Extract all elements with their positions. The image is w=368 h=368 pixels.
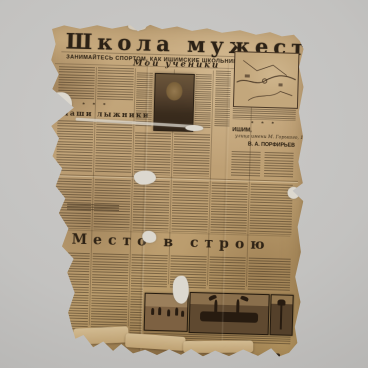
skier-figure — [167, 309, 170, 316]
body-text-block — [92, 253, 129, 286]
skier-figure — [158, 307, 161, 315]
address-city: ИШИМ, — [232, 127, 252, 134]
skier-figure — [181, 311, 184, 317]
body-text-block — [248, 258, 291, 291]
crumpled-flap — [125, 333, 186, 351]
map-illustration — [233, 51, 300, 109]
skier-figure — [151, 308, 154, 315]
body-text-block — [134, 132, 171, 175]
torn-hole — [46, 92, 73, 113]
crumpled-flap — [73, 326, 129, 344]
torn-edge-flap — [128, 22, 146, 30]
photo-gymnasts-group — [189, 292, 270, 335]
body-text-block — [56, 120, 93, 173]
body-text-block — [97, 67, 134, 102]
body-text-block — [231, 151, 261, 178]
gymnast-cluster — [200, 311, 258, 323]
torn-hole — [287, 187, 299, 199]
bottom-hole — [274, 353, 280, 358]
body-text-block — [209, 256, 246, 289]
body-text-block — [131, 254, 168, 287]
gymnast-figure — [214, 300, 217, 313]
torn-header-mark — [160, 24, 166, 26]
flag-shape — [240, 295, 249, 302]
body-text-block — [53, 252, 90, 285]
map-drawing — [234, 52, 298, 108]
address-street: улица имени М. Горького, 101. — [235, 134, 311, 141]
photo-gymnast-apparatus — [270, 294, 294, 336]
address-signature: В. А. ПОРФИРЬЕВ — [232, 141, 295, 149]
torn-header-mark — [268, 29, 275, 31]
torn-hole — [172, 275, 189, 303]
body-text-block — [173, 133, 210, 176]
torn-hole — [142, 231, 156, 243]
map-caption-text — [233, 108, 296, 121]
body-text-block — [264, 152, 294, 179]
body-text-block — [194, 74, 212, 128]
photo-backdrop: Школа мужества ЗАНИМАЙТЕСЬ СПОРТОМ, КАК … — [0, 0, 368, 368]
skier-figure — [175, 308, 178, 316]
body-text-block — [132, 180, 169, 231]
torn-hole — [185, 125, 203, 132]
body-text-block — [171, 181, 208, 232]
body-text-block — [95, 121, 132, 174]
gymnast-figure — [236, 299, 239, 313]
body-text-block — [249, 184, 292, 235]
body-text-block — [210, 183, 247, 234]
torn-header-mark — [210, 27, 215, 29]
crumpled-flap — [183, 341, 253, 353]
gymnast-figure — [277, 299, 285, 305]
newspaper-page: Школа мужества ЗАНИМАЙТЕСЬ СПОРТОМ, КАК … — [33, 20, 309, 359]
apparatus-pole — [280, 301, 283, 329]
torn-header-mark — [100, 23, 109, 25]
